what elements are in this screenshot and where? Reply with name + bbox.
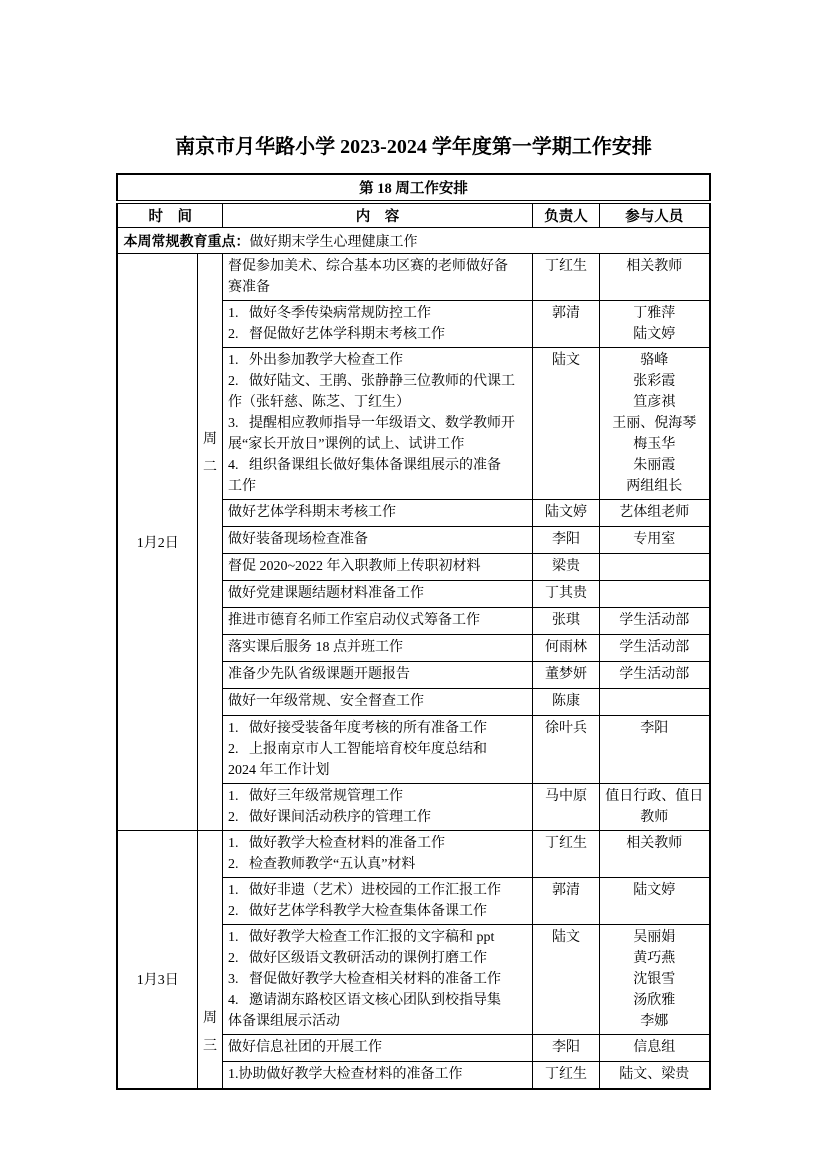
task-item: 2. 做好课间活动秩序的管理工作 [228, 807, 527, 828]
participant-name: 学生活动部 [603, 637, 706, 658]
task-item: 做好一年级常规、安全督查工作 [228, 691, 527, 712]
task-item: 3. 督促做好教学大检查相关材料的准备工作 [228, 969, 527, 990]
task-item: 2. 督促做好艺体学科期末考核工作 [228, 324, 527, 345]
lead-cell: 马中原 [532, 784, 599, 831]
task-item: 1. 外出参加教学大检查工作 [228, 350, 527, 371]
document-title: 南京市月华路小学 2023-2024 学年度第一学期工作安排 [0, 130, 827, 159]
participants-cell: 艺体组老师 [599, 500, 709, 527]
lead-cell: 梁贵 [532, 554, 599, 581]
date-cell: 1月3日 [117, 831, 197, 1089]
task-item: 准备少先队省级课题开题报告 [228, 664, 527, 685]
lead-cell: 丁红生 [532, 831, 599, 878]
task-content-cell: 1.协助做好教学大检查材料的准备工作 [222, 1062, 532, 1089]
participant-name: 相关教师 [603, 256, 706, 277]
weekday-label: 周三 [198, 1005, 222, 1061]
task-item: 做好信息社团的开展工作 [228, 1037, 527, 1058]
participant-name: 张彩霞 [603, 371, 706, 392]
lead-cell: 陈康 [532, 689, 599, 716]
task-content-cell: 1. 做好非遗（艺术）进校园的工作汇报工作2. 做好艺体学科教学大检查集体备课工… [222, 878, 532, 925]
task-row: 1月2日周二督促参加美术、综合基本功区赛的老师做好备 赛准备丁红生相关教师 [117, 254, 709, 301]
participants-cell: 学生活动部 [599, 662, 709, 689]
task-content-cell: 做好装备现场检查准备 [222, 527, 532, 554]
task-item: 落实课后服务 18 点并班工作 [228, 637, 527, 658]
participant-name: 吴丽娟 [603, 927, 706, 948]
participants-cell: 信息组 [599, 1035, 709, 1062]
participant-name: 学生活动部 [603, 664, 706, 685]
participant-name: 李娜 [603, 1011, 706, 1032]
lead-cell: 郭清 [532, 878, 599, 925]
lead-cell: 丁红生 [532, 254, 599, 301]
task-item: 1. 做好接受装备年度考核的所有准备工作 [228, 718, 527, 739]
participant-name: 陆文婷 [603, 324, 706, 345]
header-row: 时 间 内 容 负责人 参与人员 [117, 202, 709, 228]
task-item: 做好装备现场检查准备 [228, 529, 527, 550]
participant-name: 两组组长 [603, 476, 706, 497]
task-content-cell: 督促 2020~2022 年入职教师上传职初材料 [222, 554, 532, 581]
participant-name: 李阳 [603, 718, 706, 739]
task-content-cell: 做好信息社团的开展工作 [222, 1035, 532, 1062]
task-content-cell: 1. 做好冬季传染病常规防控工作2. 督促做好艺体学科期末考核工作 [222, 301, 532, 348]
task-item: 3. 提醒相应教师指导一年级语文、数学教师开 展“家长开放日”课例的试上、试讲工… [228, 413, 527, 455]
task-content-cell: 落实课后服务 18 点并班工作 [222, 635, 532, 662]
task-item: 4. 组织备课组长做好集体备课组展示的准备 工作 [228, 455, 527, 497]
participant-name: 王丽、倪海琴 [603, 413, 706, 434]
task-content-cell: 1. 做好接受装备年度考核的所有准备工作2. 上报南京市人工智能培育校年度总结和… [222, 716, 532, 784]
weekly-focus-label: 本周常规教育重点： [123, 235, 249, 250]
participants-cell: 学生活动部 [599, 608, 709, 635]
col-header-participants: 参与人员 [599, 202, 709, 228]
task-item: 1.协助做好教学大检查材料的准备工作 [228, 1064, 527, 1085]
participant-name: 笪彦祺 [603, 392, 706, 413]
task-item: 2. 做好区级语文教研活动的课例打磨工作 [228, 948, 527, 969]
task-item: 做好党建课题结题材料准备工作 [228, 583, 527, 604]
task-content-cell: 做好艺体学科期末考核工作 [222, 500, 532, 527]
weekday-char: 周 [198, 1005, 222, 1033]
task-content-cell: 1. 外出参加教学大检查工作2. 做好陆文、王鹃、张静静三位教师的代课工 作（张… [222, 348, 532, 500]
col-header-time: 时 间 [117, 202, 222, 228]
participants-cell [599, 554, 709, 581]
weekday-label: 周二 [198, 426, 222, 482]
lead-cell: 李阳 [532, 527, 599, 554]
weekday-char: 周 [198, 426, 222, 454]
task-content-cell: 1. 做好三年级常规管理工作2. 做好课间活动秩序的管理工作 [222, 784, 532, 831]
participant-name: 沈银雪 [603, 969, 706, 990]
table-body: 第 18 周工作安排 时 间 内 容 负责人 参与人员 本周常规教育重点：做好期… [117, 174, 709, 1089]
task-item: 2. 做好陆文、王鹃、张静静三位教师的代课工 作（张轩慈、陈芝、丁红生） [228, 371, 527, 413]
col-header-lead: 负责人 [532, 202, 599, 228]
table-caption: 第 18 周工作安排 [117, 174, 709, 202]
lead-cell: 郭清 [532, 301, 599, 348]
task-content-cell: 1. 做好教学大检查材料的准备工作2. 检查教师教学“五认真”材料 [222, 831, 532, 878]
task-item: 督促 2020~2022 年入职教师上传职初材料 [228, 556, 527, 577]
task-content-cell: 推进市德育名师工作室启动仪式筹备工作 [222, 608, 532, 635]
task-item: 4. 邀请湖东路校区语文核心团队到校指导集 体备课组展示活动 [228, 990, 527, 1032]
col-header-content: 内 容 [222, 202, 532, 228]
date-label: 1月3日 [137, 969, 179, 989]
participant-name: 梅玉华 [603, 434, 706, 455]
participant-name: 黄巧燕 [603, 948, 706, 969]
task-item: 2. 检查教师教学“五认真”材料 [228, 854, 527, 875]
date-cell: 1月2日 [117, 254, 197, 831]
participant-name: 骆峰 [603, 350, 706, 371]
participants-cell: 吴丽娟黄巧燕沈银雪汤欣雅李娜 [599, 925, 709, 1035]
participant-name: 艺体组老师 [603, 502, 706, 523]
task-item: 督促参加美术、综合基本功区赛的老师做好备 赛准备 [228, 256, 527, 298]
participants-cell: 骆峰张彩霞笪彦祺王丽、倪海琴梅玉华朱丽霞两组组长 [599, 348, 709, 500]
participants-cell [599, 581, 709, 608]
task-item: 1. 做好非遗（艺术）进校园的工作汇报工作 [228, 880, 527, 901]
participant-name: 专用室 [603, 529, 706, 550]
task-item: 1. 做好冬季传染病常规防控工作 [228, 303, 527, 324]
weekly-focus: 本周常规教育重点：做好期末学生心理健康工作 [117, 228, 709, 254]
participant-name: 汤欣雅 [603, 990, 706, 1011]
participants-cell: 学生活动部 [599, 635, 709, 662]
task-item: 2. 上报南京市人工智能培育校年度总结和 2024 年工作计划 [228, 739, 527, 781]
participants-cell [599, 689, 709, 716]
participants-cell: 相关教师 [599, 831, 709, 878]
lead-cell: 徐叶兵 [532, 716, 599, 784]
task-content-cell: 1. 做好教学大检查工作汇报的文字稿和 ppt2. 做好区级语文教研活动的课例打… [222, 925, 532, 1035]
participants-cell: 值日行政、值日教师 [599, 784, 709, 831]
participant-name: 值日行政、值日教师 [603, 786, 706, 828]
lead-cell: 陆文 [532, 925, 599, 1035]
participants-cell: 相关教师 [599, 254, 709, 301]
participant-name: 丁雅萍 [603, 303, 706, 324]
participant-name: 朱丽霞 [603, 455, 706, 476]
lead-cell: 董梦妍 [532, 662, 599, 689]
lead-cell: 陆文 [532, 348, 599, 500]
caption-row: 第 18 周工作安排 [117, 174, 709, 202]
weekly-focus-row: 本周常规教育重点：做好期末学生心理健康工作 [117, 228, 709, 254]
participants-cell: 陆文、梁贵 [599, 1062, 709, 1089]
lead-cell: 李阳 [532, 1035, 599, 1062]
lead-cell: 张琪 [532, 608, 599, 635]
lead-cell: 陆文婷 [532, 500, 599, 527]
lead-cell: 丁其贵 [532, 581, 599, 608]
task-content-cell: 督促参加美术、综合基本功区赛的老师做好备 赛准备 [222, 254, 532, 301]
task-content-cell: 准备少先队省级课题开题报告 [222, 662, 532, 689]
participants-cell: 专用室 [599, 527, 709, 554]
participant-name: 相关教师 [603, 833, 706, 854]
work-schedule-table: 第 18 周工作安排 时 间 内 容 负责人 参与人员 本周常规教育重点：做好期… [116, 173, 710, 1090]
weekday-cell: 周二 [197, 254, 222, 831]
lead-cell: 何雨林 [532, 635, 599, 662]
task-item: 1. 做好三年级常规管理工作 [228, 786, 527, 807]
lead-cell: 丁红生 [532, 1062, 599, 1089]
task-content-cell: 做好党建课题结题材料准备工作 [222, 581, 532, 608]
weekday-char: 二 [198, 454, 222, 482]
participant-name: 学生活动部 [603, 610, 706, 631]
participants-cell: 陆文婷 [599, 878, 709, 925]
participant-name: 信息组 [603, 1037, 706, 1058]
participants-cell: 丁雅萍陆文婷 [599, 301, 709, 348]
weekday-cell: 周三 [197, 831, 222, 1089]
date-label: 1月2日 [137, 532, 179, 552]
weekday-char: 三 [198, 1033, 222, 1061]
task-item: 1. 做好教学大检查工作汇报的文字稿和 ppt [228, 927, 527, 948]
participant-name: 陆文婷 [603, 880, 706, 901]
task-item: 推进市德育名师工作室启动仪式筹备工作 [228, 610, 527, 631]
task-item: 2. 做好艺体学科教学大检查集体备课工作 [228, 901, 527, 922]
participants-cell: 李阳 [599, 716, 709, 784]
task-item: 做好艺体学科期末考核工作 [228, 502, 527, 523]
task-item: 1. 做好教学大检查材料的准备工作 [228, 833, 527, 854]
task-row: 1月3日周三1. 做好教学大检查材料的准备工作2. 检查教师教学“五认真”材料丁… [117, 831, 709, 878]
document-page: 南京市月华路小学 2023-2024 学年度第一学期工作安排 第 18 周工作安… [0, 0, 827, 1170]
participant-name: 陆文、梁贵 [603, 1064, 706, 1085]
weekly-focus-text: 做好期末学生心理健康工作 [249, 235, 417, 250]
task-content-cell: 做好一年级常规、安全督查工作 [222, 689, 532, 716]
